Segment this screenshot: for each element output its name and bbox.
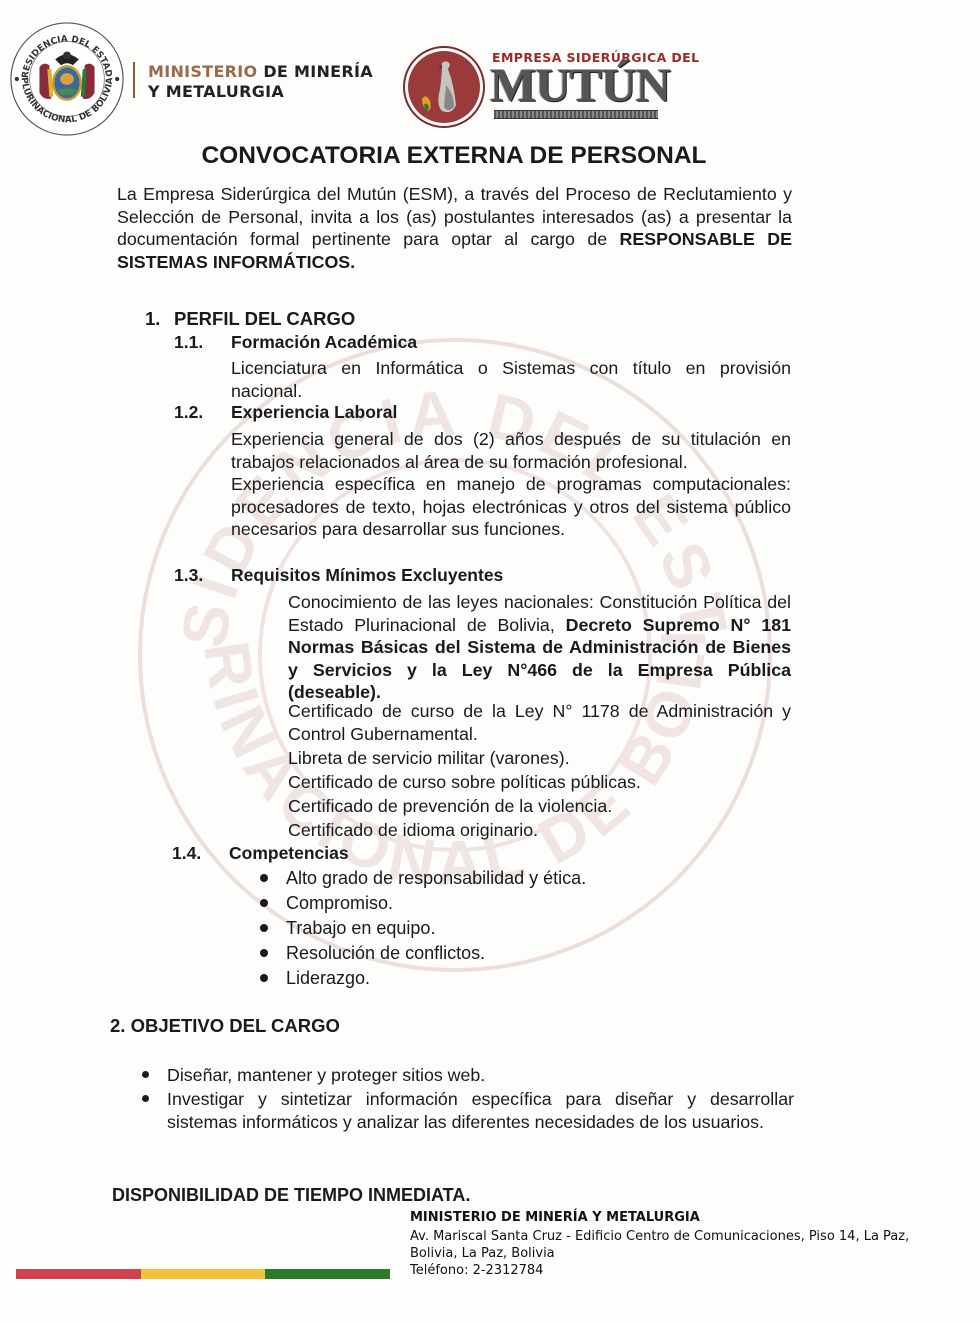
specific-experience: Experiencia específica en manejo de prog…	[231, 473, 791, 541]
footer-address-line1: Av. Mariscal Santa Cruz - Edificio Centr…	[410, 1229, 909, 1244]
requirement-item: Certificado de prevención de la violenci…	[288, 795, 612, 818]
subsection-1-1-number: 1.1.	[174, 332, 203, 353]
document-title: CONVOCATORIA EXTERNA DE PERSONAL	[0, 142, 980, 170]
section-1-title: PERFIL DEL CARGO	[174, 308, 355, 330]
bullet-icon	[142, 1095, 149, 1102]
academic-requirement: Licenciatura en Informática o Sistemas c…	[231, 357, 791, 402]
mutun-logo-emblem	[402, 45, 486, 129]
subsection-1-2-number: 1.2.	[174, 402, 203, 423]
requirement-item: Libreta de servicio militar (varones).	[288, 747, 570, 770]
header-divider	[133, 62, 135, 98]
subsection-1-3-number: 1.3.	[174, 565, 203, 586]
flag-red-segment	[16, 1269, 141, 1279]
objective-item: Diseñar, mantener y proteger sitios web.	[167, 1064, 485, 1087]
bullet-icon	[260, 974, 268, 982]
section-1-number: 1.	[145, 308, 160, 330]
competency-item: Compromiso.	[286, 892, 393, 915]
flag-yellow-segment	[141, 1269, 266, 1279]
bullet-icon	[260, 924, 268, 932]
subsection-1-4-title: Competencias	[229, 843, 349, 864]
bullet-icon	[142, 1071, 149, 1078]
company-logo-bar	[494, 110, 658, 119]
objective-item: Investigar y sintetizar información espe…	[167, 1088, 794, 1133]
presidency-seal-logo: PRESIDENCIA DEL ESTADO PLURINACIONAL DE …	[8, 20, 126, 138]
bolivia-flag-stripe	[16, 1269, 390, 1279]
laws-requirement: Conocimiento de las leyes nacionales: Co…	[288, 591, 791, 704]
requirement-item: Certificado de curso sobre políticas púb…	[288, 771, 641, 794]
requirement-item: Certificado de idioma originario.	[288, 819, 538, 842]
subsection-1-2-title: Experiencia Laboral	[231, 402, 397, 423]
flag-green-segment	[265, 1269, 390, 1279]
company-name: MUTÚN	[490, 62, 670, 110]
footer-address-line2: Bolivia, La Paz, Bolivia	[410, 1246, 555, 1261]
competency-item: Liderazgo.	[286, 967, 370, 990]
subsection-1-1-title: Formación Académica	[231, 332, 417, 353]
bullet-icon	[260, 899, 268, 907]
ministry-name: MINISTERIO DE MINERÍA Y METALURGIA	[148, 62, 373, 102]
section-2-title: 2. OBJETIVO DEL CARGO	[110, 1015, 340, 1037]
subsection-1-3-title: Requisitos Mínimos Excluyentes	[231, 565, 503, 586]
bullet-icon	[260, 874, 268, 882]
subsection-1-4-number: 1.4.	[172, 843, 201, 864]
competency-item: Trabajo en equipo.	[286, 917, 435, 940]
general-experience: Experiencia general de dos (2) años desp…	[231, 428, 791, 473]
availability-note: DISPONIBILIDAD DE TIEMPO INMEDIATA.	[112, 1185, 470, 1206]
intro-paragraph: La Empresa Siderúrgica del Mutún (ESM), …	[117, 183, 792, 273]
competency-item: Resolución de conflictos.	[286, 942, 485, 965]
footer-org: MINISTERIO DE MINERÍA Y METALURGIA	[410, 1210, 700, 1225]
competency-item: Alto grado de responsabilidad y ética.	[286, 867, 586, 890]
requirement-item: Certificado de curso de la Ley N° 1178 d…	[288, 700, 791, 745]
bullet-icon	[260, 949, 268, 957]
footer-phone: Teléfono: 2-2312784	[410, 1263, 543, 1278]
